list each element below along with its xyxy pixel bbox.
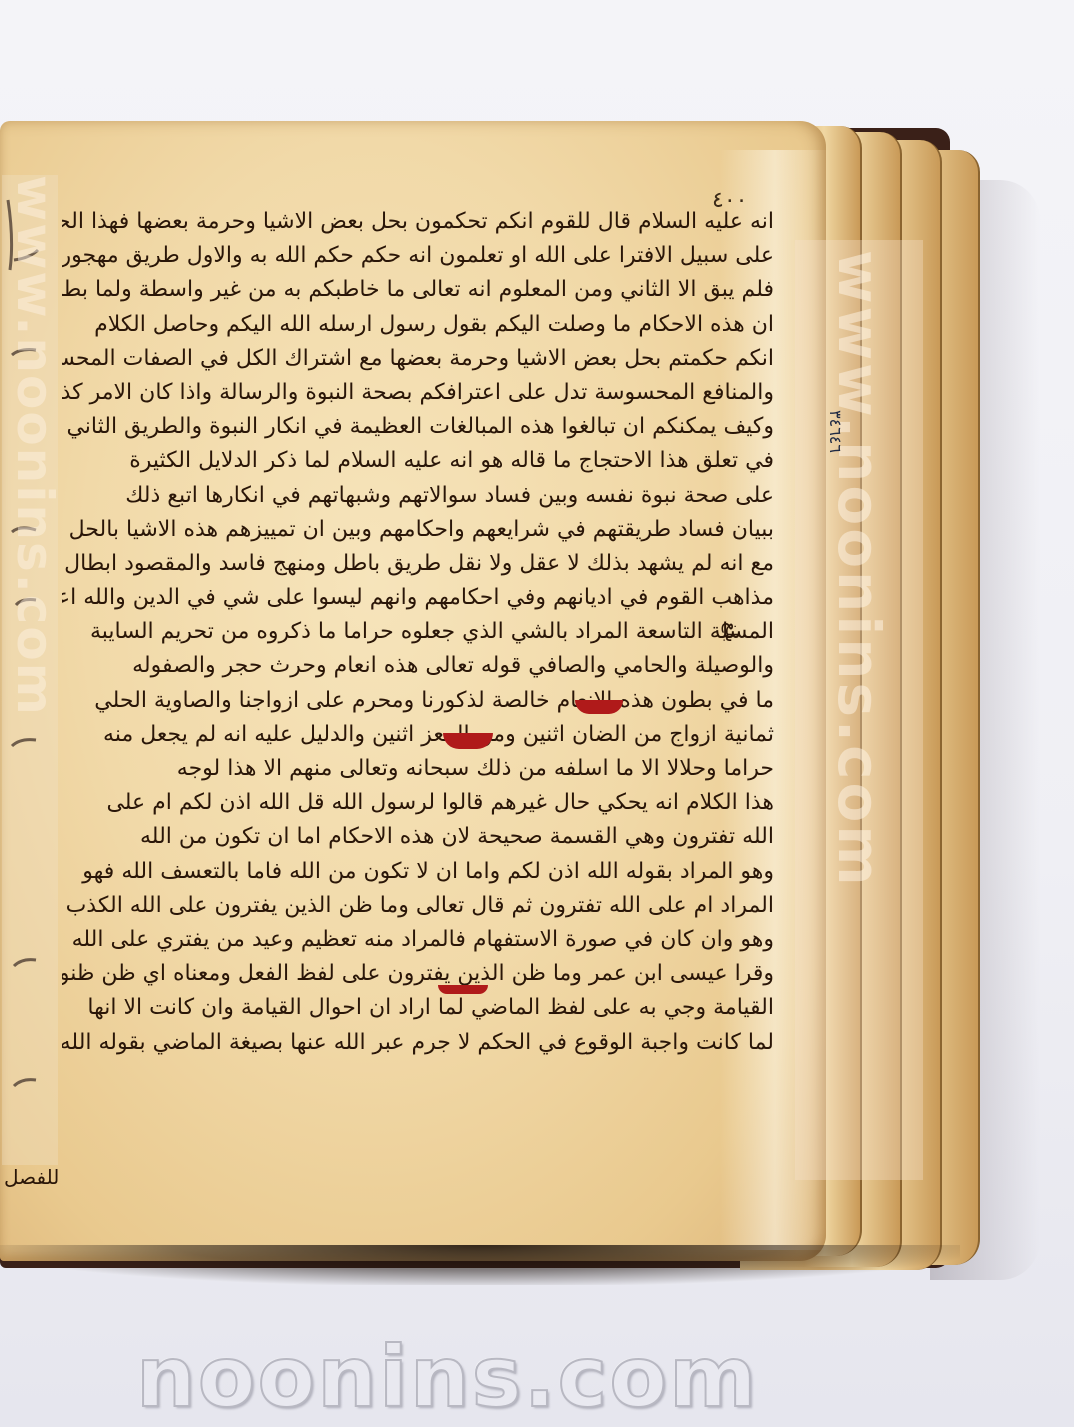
text-line: على سبيل الافترا على الله او تعلمون انه …: [62, 239, 774, 273]
text-line: في تعلق هذا الاحتجاج ما قاله هو انه عليه…: [62, 444, 774, 478]
rubric-mark: [438, 985, 488, 994]
catchword: للفصل: [4, 1165, 59, 1189]
text-line: ان هذه الاحكام ما وصلت اليكم بقول رسول ا…: [62, 308, 774, 342]
watermark-right: www.noonins.com: [795, 240, 923, 1180]
text-line: مع انه لم يشهد بذلك لا عقل ولا نقل طريق …: [62, 547, 774, 581]
text-line: ثمانية ازواج من الضان اثنين ومن المعز اث…: [62, 718, 774, 752]
text-line-with-rubric: المسلة التاسعة المراد بالشي الذي جعلوه ح…: [62, 615, 774, 649]
text-line: ببيان فساد طريقتهم في شرايعهم واحكامهم و…: [62, 513, 774, 547]
shelf-mark-label: ٣٤٦٤٦: [826, 410, 845, 453]
book-shadow-bottom: [0, 1245, 960, 1285]
watermark-left: www.noonins.com: [2, 175, 58, 1165]
rubric-mark: [575, 700, 623, 714]
margin-note: بلغ: [721, 622, 742, 643]
text-line: انكم حكمتم بحل بعض الاشيا وحرمة بعضها مع…: [62, 342, 774, 376]
text-line: ما في بطون هذه الانعام خالصة لذكورنا ومح…: [62, 684, 774, 718]
text-line: القيامة وجي به على لفظ الماضي لما اراد ا…: [62, 991, 774, 1025]
text-line: وهو المراد بقوله الله اذن لكم واما ان لا…: [62, 855, 774, 889]
text-line: هذا الكلام انه يحكي حال غيرهم قالوا لرسو…: [62, 786, 774, 820]
watermark-bottom: noonins.com: [136, 1328, 759, 1426]
text-line-with-rubric: والوصيلة والحامي والصافي قوله تعالى هذه …: [62, 649, 774, 683]
text-line: والمنافع المحسوسة تدل على اعترافكم بصحة …: [62, 376, 774, 410]
watermark-left-text: www.noonins.com: [6, 175, 64, 717]
text-line: الله تفترون وهي القسمة صحيحة لان هذه الا…: [62, 820, 774, 854]
text-line-with-rubric: المراد ام على الله تفترون ثم قال تعالى و…: [62, 889, 774, 923]
text-line: والوصيلة والحامي والصافي قوله تعالى هذه …: [132, 653, 774, 678]
text-line: لما كانت واجبة الوقوع في الحكم لا جرم عب…: [62, 1026, 774, 1060]
text-line: وهو وان كان في صورة الاستفهام فالمراد من…: [62, 923, 774, 957]
text-line: المراد ام على الله تفترون ثم قال تعالى و…: [66, 893, 774, 918]
text-line: مذاهب القوم في اديانهم وفي احكامهم وانهم…: [62, 581, 774, 615]
text-line: فلم يبق الا الثاني ومن المعلوم انه تعالى…: [62, 273, 774, 307]
manuscript-text: انه عليه السلام قال للقوم انكم تحكمون بح…: [62, 205, 774, 1060]
text-line: انه عليه السلام قال للقوم انكم تحكمون بح…: [62, 205, 774, 239]
text-line: وقرا عيسى ابن عمر وما ظن الذين يفترون عل…: [62, 957, 774, 991]
text-line: حراما وحلالا الا ما اسلفه من ذلك سبحانه …: [62, 752, 774, 786]
text-line: على صحة نبوة نفسه وبين فساد سوالاتهم وشب…: [62, 479, 774, 513]
text-line: المسلة التاسعة المراد بالشي الذي جعلوه ح…: [90, 619, 774, 644]
text-line: وكيف يمكنكم ان تبالغوا هذه المبالغات الع…: [62, 410, 774, 444]
watermark-right-text: www.noonins.com: [825, 250, 893, 889]
